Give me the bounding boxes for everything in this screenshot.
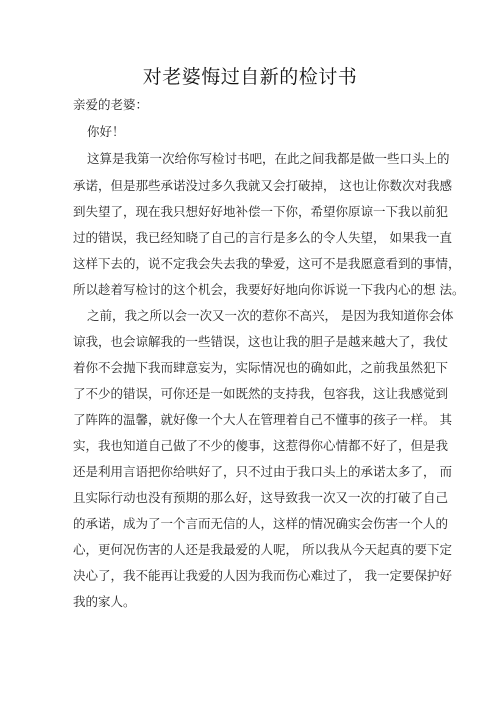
body-line: 着你不会抛下我而肆意妄为，实际情况也的确如此，之前我虽然犯下: [73, 359, 448, 377]
body-line: 的承诺，成为了一个言而无信的人，这样的情况确实会伤害一个人的: [73, 515, 448, 533]
body-line: 过的错误，我已经知晓了自己的言行是多么的令人失望， 如果我一直: [73, 229, 452, 247]
body-line: 之前，我之所以会一次又一次的惹你不高兴， 是因为我知道你会体: [87, 307, 453, 325]
greeting: 亲爱的老婆：: [73, 96, 148, 114]
body-line: 实，我也知道自己做了不少的傻事，这惹得你心情都不好了，但是我: [73, 437, 448, 455]
body-line: 我的家人。: [73, 593, 136, 611]
body-line: 谅我，也会谅解我的一些错误，这也让我的胆子是越来越大了，我仗: [73, 333, 448, 351]
body-line: 且实际行动也没有预期的那么好，这导致我一次又一次的打破了自己: [73, 489, 448, 507]
body-line: 到失望了，现在我只想好好地补偿一下你，希望你原谅一下我以前犯: [73, 203, 448, 221]
body-line: 了阵阵的温馨，就好像一个大人在管理着自己不懂事的孩子一样。 其: [73, 411, 452, 429]
body-line: 还是利用言语把你给哄好了，只不过由于我口头上的承诺太多了， 而: [73, 463, 452, 481]
body-line: 所以趁着写检讨的这个机会，我要好好地向你诉说一下我内心的想 法。: [73, 281, 464, 299]
body-line: 承诺，但是那些承诺没过多久我就又会打破掉， 这也让你数次对我感: [73, 177, 452, 195]
body-line: 了不少的错误，可你还是一如既然的支持我，包容我，这让我感觉到: [73, 385, 448, 403]
salutation: 你好！: [87, 123, 125, 141]
document-title: 对老婆悔过自新的检讨书: [0, 64, 500, 90]
body-line: 这算是我第一次给你写检讨书吧，在此之间我都是做一些口头上的: [87, 150, 450, 168]
body-line: 这样下去的，说不定我会失去我的挚爱，这可不是我愿意看到的事情，: [73, 255, 461, 273]
body-line: 决心了，我不能再让我爱的人因为我而伤心难过了， 我一定要保护好: [73, 567, 452, 585]
body-line: 心，更何况伤害的人还是我最爱的人呢， 所以我从今天起真的要下定: [73, 541, 452, 559]
